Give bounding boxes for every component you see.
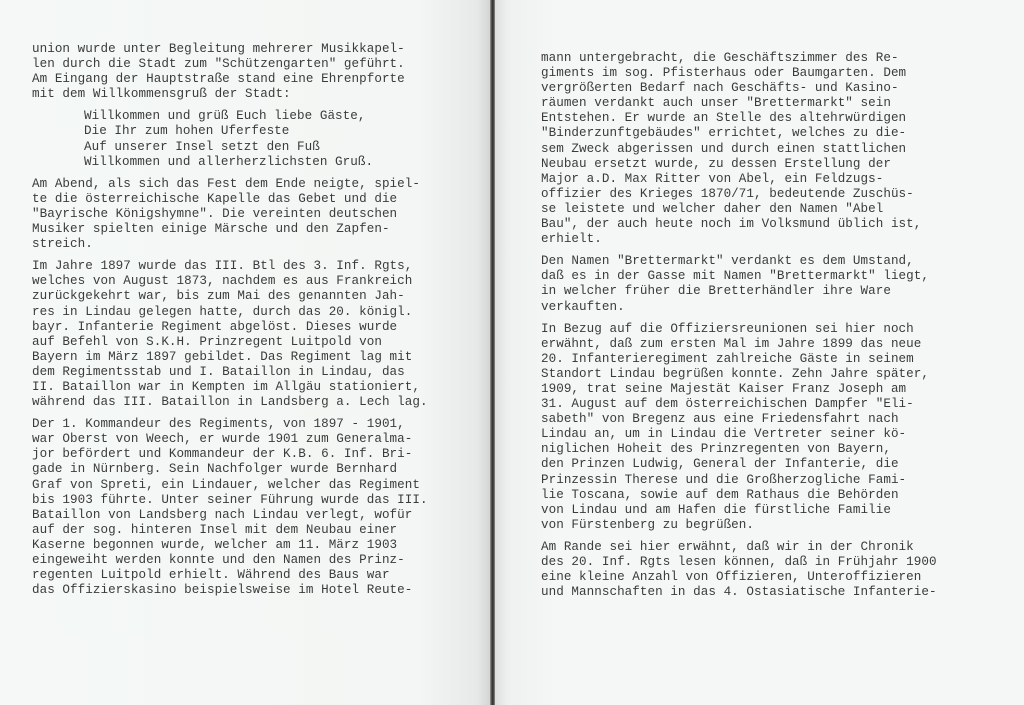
text-line: Die Ihr zum hohen Uferfeste (84, 124, 492, 139)
text-line: offizier des Krieges 1870/71, bedeutende… (541, 187, 1024, 202)
paragraph: Im Jahre 1897 wurde das III. Btl des 3. … (32, 259, 492, 410)
text-line: lie Toscana, sowie auf dem Rathaus die B… (541, 488, 1024, 503)
text-line: in welcher früher die Bretterhändler ihr… (541, 284, 1024, 299)
text-line: Entstehen. Er wurde an Stelle des altehr… (541, 111, 1024, 126)
text-line: In Bezug auf die Offiziersreunionen sei … (541, 322, 1024, 337)
text-line: das Offizierskasino beispielsweise im Ho… (32, 583, 492, 598)
text-line: Major a.D. Max Ritter von Abel, ein Feld… (541, 172, 1024, 187)
text-line: Bayern im März 1897 gebildet. Das Regime… (32, 350, 492, 365)
text-line: zurückgekehrt war, bis zum Mai des genan… (32, 289, 492, 304)
verse-block: Willkommen und grüß Euch liebe Gäste,Die… (32, 109, 492, 169)
text-line: Am Abend, als sich das Fest dem Ende nei… (32, 177, 492, 192)
text-line: während das III. Bataillon in Landsberg … (32, 395, 492, 410)
text-line: auf Befehl von S.K.H. Prinzregent Luitpo… (32, 335, 492, 350)
text-line: war Oberst von Weech, er wurde 1901 zum … (32, 432, 492, 447)
text-line: mann untergebracht, die Geschäftszimmer … (541, 51, 1024, 66)
text-line: sabeth" von Bregenz aus eine Friedensfah… (541, 412, 1024, 427)
text-line: sem Zweck abgerissen und durch einen sta… (541, 142, 1024, 157)
text-line: streich. (32, 237, 492, 252)
text-line: Standort Lindau begrüßen konnte. Zehn Ja… (541, 367, 1024, 382)
text-line: bayr. Infanterie Regiment abgelöst. Dies… (32, 320, 492, 335)
text-line: Am Eingang der Hauptstraße stand eine Eh… (32, 72, 492, 87)
text-line: daß es in der Gasse mit Namen "Bretterma… (541, 269, 1024, 284)
text-line: jor befördert und Kommandeur der K.B. 6.… (32, 447, 492, 462)
text-line: union wurde unter Begleitung mehrerer Mu… (32, 42, 492, 57)
text-line: Bataillon von Landsberg nach Lindau verl… (32, 508, 492, 523)
text-line: len durch die Stadt zum "Schützengarten"… (32, 57, 492, 72)
text-line: den Prinzen Ludwig, General der Infanter… (541, 457, 1024, 472)
text-line: räumen verdankt auch unser "Brettermarkt… (541, 96, 1024, 111)
text-line: erwähnt, daß zum ersten Mal im Jahre 189… (541, 337, 1024, 352)
paragraph: Den Namen "Brettermarkt" verdankt es dem… (541, 254, 1024, 314)
text-line: 20. Infanterieregiment zahlreiche Gäste … (541, 352, 1024, 367)
text-line: welches von August 1873, nachdem es aus … (32, 274, 492, 289)
paragraph: mann untergebracht, die Geschäftszimmer … (541, 51, 1024, 247)
text-line: Auf unserer Insel setzt den Fuß (84, 140, 492, 155)
book-gutter (490, 0, 495, 705)
text-line: se leistete und welcher daher den Namen … (541, 202, 1024, 217)
text-line: Bau", der auch heute noch im Volksmund ü… (541, 217, 1024, 232)
text-line: giments im sog. Pfisterhaus oder Baumgar… (541, 66, 1024, 81)
text-line: Willkommen und allerherzlichsten Gruß. (84, 155, 492, 170)
paragraph: Der 1. Kommandeur des Regiments, von 189… (32, 417, 492, 598)
text-line: "Bayrische Königshymne". Die vereinten d… (32, 207, 492, 222)
right-page: mann untergebracht, die Geschäftszimmer … (492, 0, 1024, 705)
text-line: Am Rande sei hier erwähnt, daß wir in de… (541, 540, 1024, 555)
text-line: Den Namen "Brettermarkt" verdankt es dem… (541, 254, 1024, 269)
paragraph: In Bezug auf die Offiziersreunionen sei … (541, 322, 1024, 533)
text-line: Neubau ersetzt wurde, zu dessen Erstellu… (541, 157, 1024, 172)
text-line: regenten Luitpold erhielt. Während des B… (32, 568, 492, 583)
text-line: Willkommen und grüß Euch liebe Gäste, (84, 109, 492, 124)
text-line: te die österreichische Kapelle das Gebet… (32, 192, 492, 207)
text-line: eingeweiht werden konnte und den Namen d… (32, 553, 492, 568)
left-page: union wurde unter Begleitung mehrerer Mu… (0, 0, 492, 705)
text-line: von Fürstenberg zu begrüßen. (541, 518, 1024, 533)
text-line: Der 1. Kommandeur des Regiments, von 189… (32, 417, 492, 432)
text-line: auf der sog. hinteren Insel mit dem Neub… (32, 523, 492, 538)
text-line: und Mannschaften in das 4. Ostasiatische… (541, 585, 1024, 600)
text-line: erhielt. (541, 232, 1024, 247)
paragraph: union wurde unter Begleitung mehrerer Mu… (32, 42, 492, 102)
text-line: Prinzessin Therese und die Großherzoglic… (541, 473, 1024, 488)
text-line: 1909, trat seine Majestät Kaiser Franz J… (541, 382, 1024, 397)
text-line: Graf von Spreti, ein Lindauer, welcher d… (32, 478, 492, 493)
paragraph: Am Abend, als sich das Fest dem Ende nei… (32, 177, 492, 252)
text-line: Musiker spielten einige Märsche und den … (32, 222, 492, 237)
text-line: 31. August auf dem österreichischen Damp… (541, 397, 1024, 412)
text-line: Im Jahre 1897 wurde das III. Btl des 3. … (32, 259, 492, 274)
text-line: niglichen Hoheit des Prinzregenten von B… (541, 442, 1024, 457)
text-line: dem Regimentsstab und I. Bataillon in Li… (32, 365, 492, 380)
text-line: des 20. Inf. Rgts lesen können, daß in F… (541, 555, 1024, 570)
text-line: von Lindau und am Hafen die fürstliche F… (541, 503, 1024, 518)
text-line: res in Lindau gelegen hatte, durch das 2… (32, 305, 492, 320)
text-line: gade in Nürnberg. Sein Nachfolger wurde … (32, 462, 492, 477)
text-line: vergrößerten Bedarf nach Geschäfts- und … (541, 81, 1024, 96)
text-line: Kaserne begonnen wurde, welcher am 11. M… (32, 538, 492, 553)
text-line: bis 1903 führte. Unter seiner Führung wu… (32, 493, 492, 508)
text-line: "Binderzunftgebäudes" errichtet, welches… (541, 126, 1024, 141)
text-line: verkauften. (541, 300, 1024, 315)
text-line: mit dem Willkommensgruß der Stadt: (32, 87, 492, 102)
text-line: II. Bataillon war in Kempten im Allgäu s… (32, 380, 492, 395)
text-line: eine kleine Anzahl von Offizieren, Unter… (541, 570, 1024, 585)
paragraph: Am Rande sei hier erwähnt, daß wir in de… (541, 540, 1024, 600)
book-spread: union wurde unter Begleitung mehrerer Mu… (0, 0, 1024, 705)
text-line: Lindau an, um in Lindau die Vertreter se… (541, 427, 1024, 442)
